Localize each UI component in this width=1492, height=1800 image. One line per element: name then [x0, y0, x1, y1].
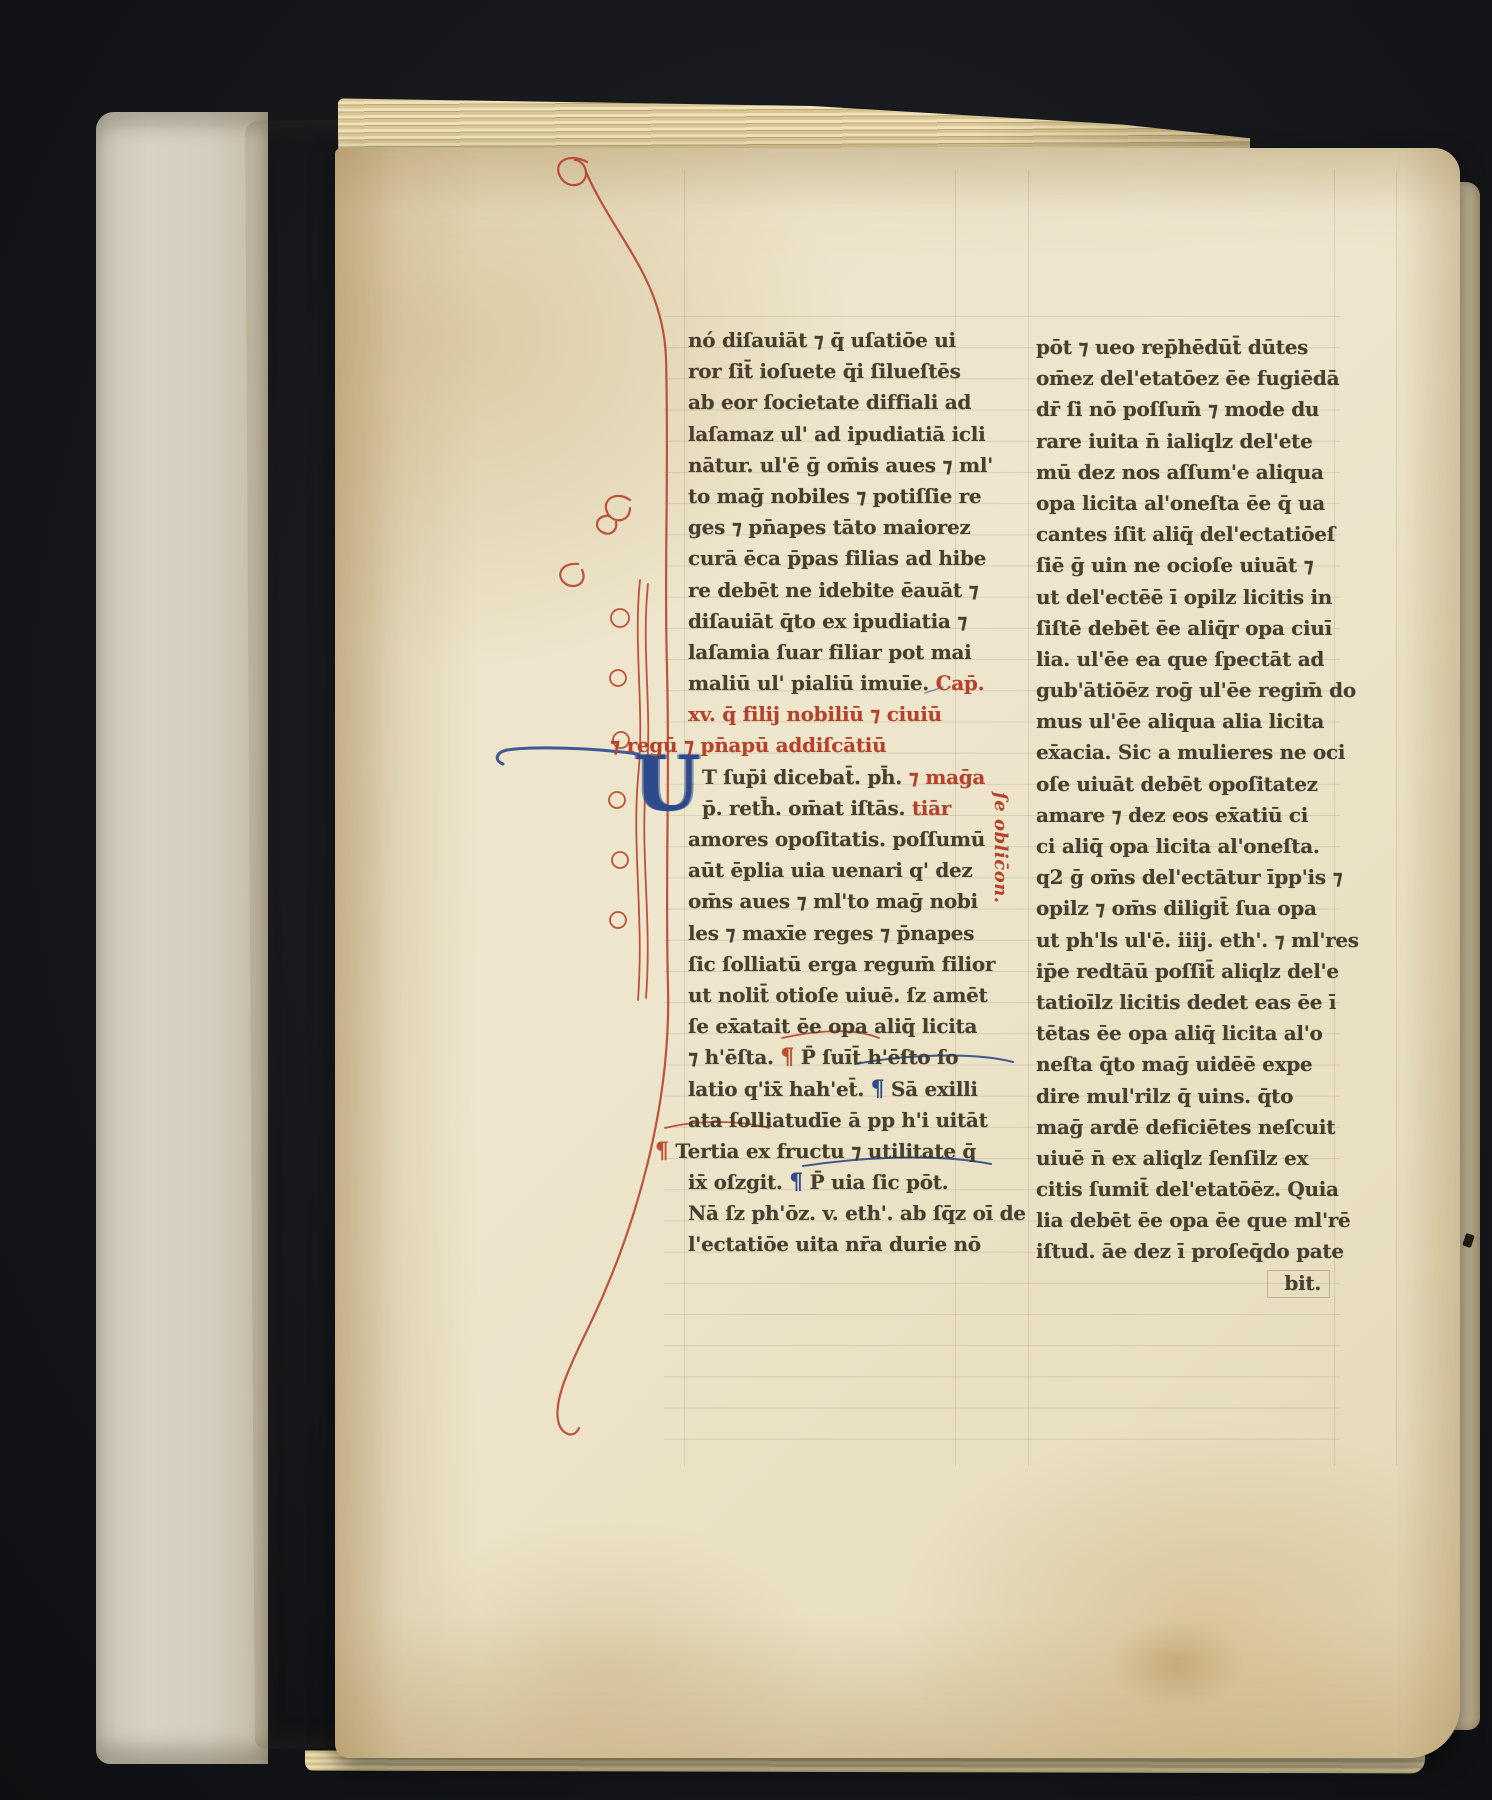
text-segment: ut ph'ls ul'ē. iiij. eth'. ⁊ ml'res [1036, 928, 1359, 952]
text-segment: latio q'ix̄ hah'et̄. [688, 1077, 871, 1101]
text-segment: ſe ex̄atait ēe opa aliq̄ licita [688, 1014, 977, 1038]
text-line: ex̄acia. Sic a mulieres ne oci [1036, 737, 1336, 768]
margin-note-vertical: ſe oblic̄on. [985, 792, 1011, 962]
text-segment: oſe uiuāt debēt opoſitatez [1036, 772, 1318, 796]
text-line: ges ⁊ pn̄apes tāto maiorez [688, 512, 988, 543]
text-segment: dire mul'rilz q̄ uins. q̄to [1036, 1084, 1293, 1108]
text-segment: mū dez nos aſſum'e aliqua [1036, 460, 1324, 484]
text-line: ut nolit̄ otioſe uiuē. ſz amēt [688, 980, 988, 1011]
paraph-mark: ¶ [789, 1169, 803, 1195]
text-line: ſiſtē debēt ēe aliq̄r opa ciuī [1036, 613, 1336, 644]
text-line: ix̄ oſzgit. ¶ P̄ uia ſic pōt. [688, 1167, 988, 1198]
text-line: l'ectatiōe uita nr̄a durie nō [688, 1229, 988, 1260]
text-line: nātur. ul'ē ḡ om̄is aues ⁊ ml' [688, 450, 988, 481]
text-line: uiuē n̄ ex aliqlz ſenſilz ex [1036, 1143, 1336, 1174]
vertical-rule [1396, 170, 1397, 1466]
paraph-mark: ¶ [780, 1044, 794, 1070]
text-line: amare ⁊ dez eos ex̄atiū ci [1036, 800, 1336, 831]
text-line: rare iuita n̄ ialiqlz del'ete [1036, 426, 1336, 457]
photograph-background: U nó diſauiāt ⁊ q̄ uſatiōe uiror ſit̄ io… [0, 0, 1492, 1800]
text-line: ata ſolliatudīe ā pp h'i uitāt [688, 1105, 988, 1136]
text-segment: P̄ uia ſic pōt. [803, 1170, 948, 1194]
text-segment: l'ectatiōe uita nr̄a durie nō [688, 1232, 981, 1256]
text-line: T ſup̄i dicebat̄. ph̄. ⁊ maḡa [702, 762, 988, 793]
text-line: gub'ātiōēz roḡ ul'ēe regim̄ do [1036, 675, 1336, 706]
text-segment: tētas ēe opa aliq̄ licita al'o [1036, 1021, 1323, 1045]
text-segment: ſic ſolliatū erga regum̄ filior [688, 952, 995, 976]
text-line: pōt ⁊ ueo rep̄hēdūt̄ dūtes [1036, 332, 1336, 363]
text-segment: re debēt ne idebite ēauāt ⁊ [688, 578, 978, 602]
text-segment: maḡ ardē deficiētes neſcuit [1036, 1115, 1335, 1139]
text-segment: rare iuita n̄ ialiqlz del'ete [1036, 429, 1313, 453]
text-segment: uiuē n̄ ex aliqlz ſenſilz ex [1036, 1146, 1308, 1170]
text-line: ut ph'ls ul'ē. iiij. eth'. ⁊ ml'res [1036, 925, 1336, 956]
text-line: to maḡ nobiles ⁊ potiſſie re [688, 481, 988, 512]
text-segment: ror ſit̄ ioſuete q̄i ſilueſtēs [688, 359, 961, 383]
paraph-mark: ¶ [655, 1138, 669, 1164]
text-line: ſiē ḡ uin ne ocioſe uiuāt ⁊ [1036, 550, 1336, 581]
open-manuscript-page: U nó diſauiāt ⁊ q̄ uſatiōe uiror ſit̄ io… [335, 148, 1460, 1758]
text-line: maliū ul' pialiū imuīe. Cap̄. [688, 668, 988, 699]
book-cover-edge [96, 112, 268, 1764]
text-line: xv. q̄ filij nobiliū ⁊ ciuiū [688, 699, 988, 730]
text-line: ab eor ſocietate diffiali ad [688, 387, 988, 418]
text-segment: opilz ⁊ om̄s diligit̄ ſua opa [1036, 896, 1317, 920]
text-segment: iſtud. āe dez ī proſeq̄do pate [1036, 1239, 1344, 1263]
text-segment: T ſup̄i dicebat̄. ph̄. [702, 765, 902, 789]
text-segment: ata ſolliatudīe ā pp h'i uitāt [688, 1108, 988, 1132]
text-segment: ut del'ectēē ī opilz licitis in [1036, 585, 1332, 609]
text-segment: curā ēca p̄pas filias ad hibe [688, 546, 986, 570]
text-segment: pōt ⁊ ueo rep̄hēdūt̄ dūtes [1036, 335, 1308, 359]
text-line: nó diſauiāt ⁊ q̄ uſatiōe ui [688, 325, 988, 356]
text-line: dire mul'rilz q̄ uins. q̄to [1036, 1081, 1336, 1112]
paraph-mark: ¶ [871, 1076, 885, 1102]
text-line: dr̄ ſi nō poſſum̄ ⁊ mode du [1036, 394, 1336, 425]
text-line: ci aliq̄ opa licita al'oneſta. [1036, 831, 1336, 862]
text-segment: nātur. ul'ē ḡ om̄is aues ⁊ ml' [688, 453, 993, 477]
text-line: curā ēca p̄pas filias ad hibe [688, 543, 988, 574]
text-line: lia debēt ēe opa ēe que ml'rē [1036, 1205, 1336, 1236]
text-line: maḡ ardē deficiētes neſcuit [1036, 1112, 1336, 1143]
text-line: mū dez nos aſſum'e aliqua [1036, 457, 1336, 488]
text-line: ut del'ectēē ī opilz licitis in [1036, 582, 1336, 613]
text-segment: lia debēt ēe opa ēe que ml'rē [1036, 1208, 1350, 1232]
text-segment: tatioīlz licitis dedet eas ēe ī [1036, 990, 1336, 1014]
text-line: om̄s aues ⁊ ml'to maḡ nobi [688, 886, 988, 917]
text-segment: ges ⁊ pn̄apes tāto maiorez [688, 515, 971, 539]
text-segment: cantes iſit aliq̄ del'ectatiōeſ [1036, 522, 1335, 546]
text-line: latio q'ix̄ hah'et̄. ¶ Sā exilli [688, 1074, 988, 1105]
text-segment: ⁊ h'ēſta. [688, 1045, 780, 1069]
text-segment: les ⁊ maxīe reges ⁊ p̄napes [688, 921, 974, 945]
text-segment: Cap̄. [929, 671, 984, 695]
text-line: Nā ſz ph'ōz. v. eth'. ab ſq̄z oī de [688, 1198, 988, 1229]
text-segment: aūt ēplia uia uenari q' dez [688, 858, 973, 882]
vertical-rule [1028, 170, 1029, 1466]
text-line: ſe ex̄atait ēe opa aliq̄ licita [688, 1011, 988, 1042]
text-segment: Tertia ex fructu ⁊ utilitate q̄ [669, 1139, 976, 1163]
text-segment: laſamaz ul' ad ipudiatiā icli [688, 422, 985, 446]
text-segment: neſta q̄to maḡ uidēē expe [1036, 1052, 1312, 1076]
text-line: mus ul'ēe aliqua alia licita [1036, 706, 1336, 737]
text-segment: Nā ſz ph'ōz. v. eth'. ab ſq̄z oī de [688, 1201, 1026, 1225]
text-line: oſe uiuāt debēt opoſitatez [1036, 769, 1336, 800]
text-line: p̄. reth̄. om̄at iſtās. tiār [702, 793, 988, 824]
text-segment: citis ſumit̄ del'etatōēz. Quia [1036, 1177, 1339, 1201]
text-line: ⁊ regū ⁊ pn̄apū addiſcātiū [610, 730, 988, 761]
text-segment: mus ul'ēe aliqua alia licita [1036, 709, 1324, 733]
text-line: neſta q̄to maḡ uidēē expe [1036, 1049, 1336, 1080]
text-segment: lia. ul'ēe ea que ſpectāt ad [1036, 647, 1324, 671]
text-segment: amare ⁊ dez eos ex̄atiū ci [1036, 803, 1308, 827]
text-line: aūt ēplia uia uenari q' dez [688, 855, 988, 886]
text-line: laſamia ſuar filiar pot mai [688, 637, 988, 668]
text-segment: ut nolit̄ otioſe uiuē. ſz amēt [688, 983, 987, 1007]
text-segment: Sā exilli [884, 1077, 977, 1101]
text-segment: om̄s aues ⁊ ml'to maḡ nobi [688, 889, 978, 913]
text-segment: ⁊ regū ⁊ pn̄apū addiſcātiū [610, 733, 886, 757]
text-line: cantes iſit aliq̄ del'ectatiōeſ [1036, 519, 1336, 550]
text-segment: amores opoſitatis. poſſumū [688, 827, 985, 851]
text-line: ip̄e redtāū poſſit̄ aliqlz del'e [1036, 956, 1336, 987]
text-line: ſic ſolliatū erga regum̄ filior [688, 949, 988, 980]
text-line: tatioīlz licitis dedet eas ēe ī [1036, 987, 1336, 1018]
text-line: bit. [1036, 1268, 1336, 1299]
text-line: re debēt ne idebite ēauāt ⁊ [688, 575, 988, 606]
text-line: les ⁊ maxīe reges ⁊ p̄napes [688, 918, 988, 949]
text-segment: nó diſauiāt ⁊ q̄ uſatiōe ui [688, 328, 956, 352]
text-segment: opa licita al'oneſta ēe q̄ ua [1036, 491, 1325, 515]
text-segment: ci aliq̄ opa licita al'oneſta. [1036, 834, 1320, 858]
text-segment: dr̄ ſi nō poſſum̄ ⁊ mode du [1036, 397, 1319, 421]
text-segment: diſauiāt q̄to ex ipudiatia ⁊ [688, 609, 967, 633]
text-line: om̄ez del'etatōez ēe fugiēdā [1036, 363, 1336, 394]
text-segment: ſiſtē debēt ēe aliq̄r opa ciuī [1036, 616, 1332, 640]
text-line: amores opoſitatis. poſſumū [688, 824, 988, 855]
text-segment: to maḡ nobiles ⁊ potiſſie re [688, 484, 981, 508]
text-column-right: pōt ⁊ ueo rep̄hēdūt̄ dūtesom̄ez del'etat… [1036, 332, 1336, 1299]
text-line: laſamaz ul' ad ipudiatiā icli [688, 419, 988, 450]
text-segment: gub'ātiōēz roḡ ul'ēe regim̄ do [1036, 678, 1356, 702]
text-segment: bit. [1267, 1270, 1330, 1298]
text-line: iſtud. āe dez ī proſeq̄do pate [1036, 1236, 1336, 1267]
text-line: ⁊ h'ēſta. ¶ P̄ ſuīt̄ h'ēſto ſo [688, 1042, 988, 1073]
text-line: opilz ⁊ om̄s diligit̄ ſua opa [1036, 893, 1336, 924]
text-segment: laſamia ſuar filiar pot mai [688, 640, 971, 664]
text-segment: q2 ḡ om̄s del'ectātur īpp'is ⁊ [1036, 865, 1342, 889]
text-line: q2 ḡ om̄s del'ectātur īpp'is ⁊ [1036, 862, 1336, 893]
text-segment: ip̄e redtāū poſſit̄ aliqlz del'e [1036, 959, 1339, 983]
text-line: citis ſumit̄ del'etatōēz. Quia [1036, 1174, 1336, 1205]
text-line: diſauiāt q̄to ex ipudiatia ⁊ [688, 606, 988, 637]
text-segment: xv. q̄ filij nobiliū ⁊ ciuiū [688, 702, 942, 726]
text-segment: maliū ul' pialiū imuīe. [688, 671, 929, 695]
text-line: opa licita al'oneſta ēe q̄ ua [1036, 488, 1336, 519]
text-segment: ex̄acia. Sic a mulieres ne oci [1036, 740, 1345, 764]
text-line: ¶ Tertia ex fructu ⁊ utilitate q̄ [655, 1136, 988, 1167]
text-line: lia. ul'ēe ea que ſpectāt ad [1036, 644, 1336, 675]
text-segment: ix̄ oſzgit. [688, 1170, 789, 1194]
text-line: tētas ēe opa aliq̄ licita al'o [1036, 1018, 1336, 1049]
text-segment: p̄. reth̄. om̄at iſtās. [702, 796, 905, 820]
text-line: ror ſit̄ ioſuete q̄i ſilueſtēs [688, 356, 988, 387]
text-segment: ab eor ſocietate diffiali ad [688, 390, 971, 414]
text-segment: P̄ ſuīt̄ h'ēſto ſo [794, 1045, 958, 1069]
text-segment: ſiē ḡ uin ne ocioſe uiuāt ⁊ [1036, 553, 1313, 577]
text-segment: ⁊ maḡa [902, 765, 985, 789]
text-segment: om̄ez del'etatōez ēe fugiēdā [1036, 366, 1339, 390]
text-segment: tiār [905, 796, 951, 820]
text-column-left: nó diſauiāt ⁊ q̄ uſatiōe uiror ſit̄ ioſu… [688, 325, 988, 1261]
